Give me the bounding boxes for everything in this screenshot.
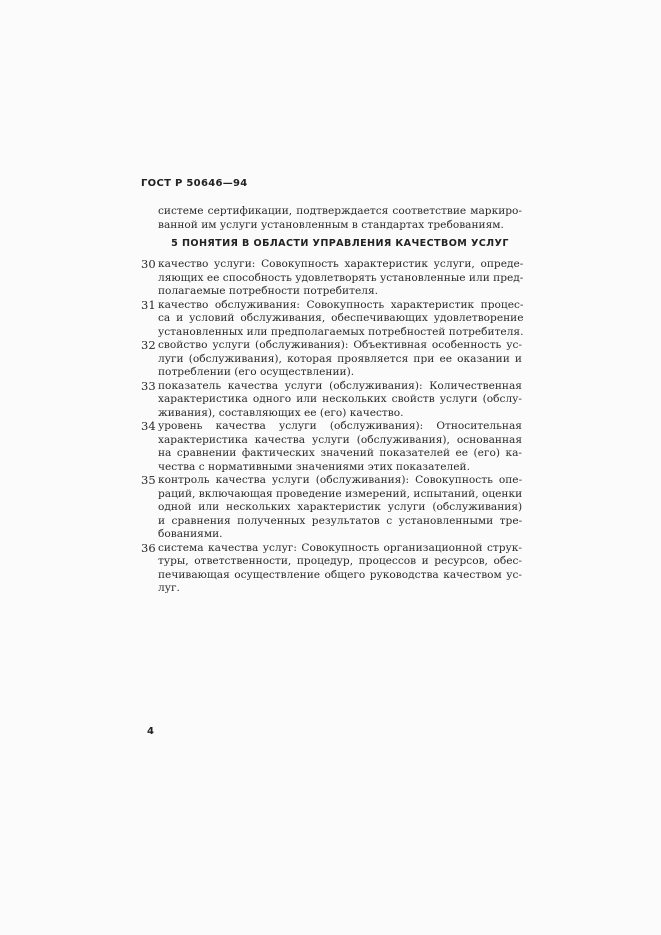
- term-line: раций, включающая проведение измерений, …: [158, 488, 522, 502]
- term-line: свойство услуги (обслуживания): Объектив…: [158, 339, 522, 353]
- term-line: луги (обслуживания), которая проявляется…: [158, 353, 522, 367]
- term-number: 36: [141, 542, 158, 596]
- term-entry-30: 30 качество услуги: Совокупность характе…: [141, 258, 522, 299]
- term-line: бованиями.: [158, 528, 522, 542]
- term-entry-34: 34 уровень качества услуги (обслуживания…: [141, 420, 522, 474]
- term-definition: качество обслуживания: Совокупность хара…: [158, 299, 523, 340]
- term-line: ляющих ее способность удовлетворять уста…: [158, 272, 523, 286]
- term-line: полагаемые потребности потребителя.: [158, 285, 523, 299]
- term-line: потреблении (его осуществлении).: [158, 366, 522, 380]
- term-line: живания), составляющих ее (его) качество…: [158, 407, 522, 421]
- term-definition: система качества услуг: Совокупность орг…: [158, 542, 522, 596]
- term-line: качество обслуживания: Совокупность хара…: [158, 299, 523, 313]
- term-entry-33: 33 показатель качества услуги (обслужива…: [141, 380, 522, 421]
- term-line: туры, ответственности, процедур, процесс…: [158, 555, 522, 569]
- page-number: 4: [147, 726, 154, 737]
- term-line: качество услуги: Совокупность характерис…: [158, 258, 523, 272]
- term-line: контроль качества услуги (обслуживания):…: [158, 474, 522, 488]
- term-entry-35: 35 контроль качества услуги (обслуживани…: [141, 474, 522, 542]
- term-line: печивающая осуществление общего руководс…: [158, 569, 522, 583]
- term-definition: качество услуги: Совокупность характерис…: [158, 258, 523, 299]
- term-definition: свойство услуги (обслуживания): Объектив…: [158, 339, 522, 380]
- term-line: уровень качества услуги (обслуживания): …: [158, 420, 522, 434]
- term-line: показатель качества услуги (обслуживания…: [158, 380, 522, 394]
- term-line: луг.: [158, 582, 522, 596]
- term-entry-32: 32 свойство услуги (обслуживания): Объек…: [141, 339, 522, 380]
- term-definition: уровень качества услуги (обслуживания): …: [158, 420, 522, 474]
- term-number: 33: [141, 380, 158, 421]
- term-line: на сравнении фактических значений показа…: [158, 447, 522, 461]
- term-number: 35: [141, 474, 158, 542]
- document-code-header: ГОСТ Р 50646—94: [141, 178, 248, 189]
- terms-list: 30 качество услуги: Совокупность характе…: [141, 258, 522, 596]
- term-entry-36: 36 система качества услуг: Совокупность …: [141, 542, 522, 596]
- section-title: 5 ПОНЯТИЯ В ОБЛАСТИ УПРАВЛЕНИЯ КАЧЕСТВОМ…: [158, 238, 522, 249]
- term-line: чества с нормативными значениями этих по…: [158, 461, 522, 475]
- term-line: и сравнения полученных результатов с уст…: [158, 515, 522, 529]
- term-number: 34: [141, 420, 158, 474]
- term-line: установленных или предполагаемых потребн…: [158, 326, 523, 340]
- term-entry-31: 31 качество обслуживания: Совокупность х…: [141, 299, 522, 340]
- term-definition: контроль качества услуги (обслуживания):…: [158, 474, 522, 542]
- term-line: одной или нескольких характеристик услуг…: [158, 501, 522, 515]
- term-number: 31: [141, 299, 158, 340]
- term-line: характеристика одного или нескольких сво…: [158, 393, 522, 407]
- term-line: характеристика качества услуги (обслужив…: [158, 434, 522, 448]
- intro-line: системе сертификации, подтверждается соо…: [158, 205, 522, 219]
- term-line: система качества услуг: Совокупность орг…: [158, 542, 522, 556]
- intro-line: ванной им услуги установленным в стандар…: [158, 219, 522, 233]
- term-number: 32: [141, 339, 158, 380]
- term-definition: показатель качества услуги (обслуживания…: [158, 380, 522, 421]
- term-number: 30: [141, 258, 158, 299]
- term-line: са и условий обслуживания, обеспечивающи…: [158, 312, 523, 326]
- intro-paragraph: системе сертификации, подтверждается соо…: [158, 205, 522, 232]
